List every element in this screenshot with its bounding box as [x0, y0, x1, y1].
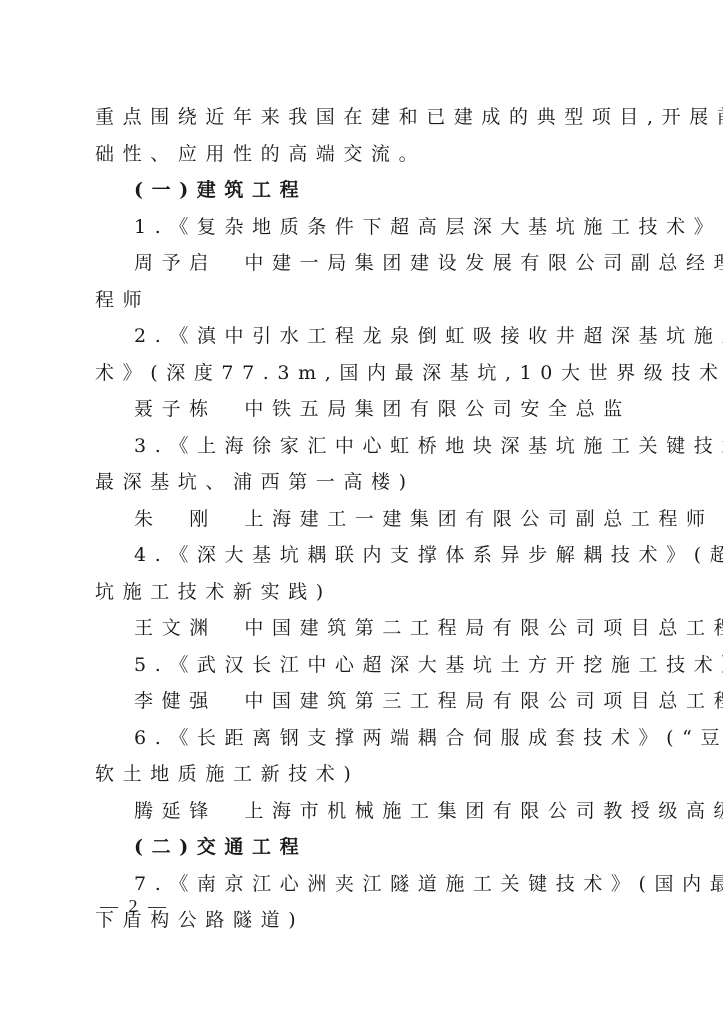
speaker-line-5: 李健强 中国建筑第三工程局有限公司项目总工程师 [95, 683, 631, 720]
item-title-2: 2.《滇中引水工程龙泉倒虹吸接收井超深基坑施工关键技 [95, 318, 631, 355]
item-title-7: 7.《南京江心洲夹江隧道施工关键技术》(国内最大直径水 [95, 866, 631, 903]
item-title-6-cont: 软土地质施工新技术) [95, 756, 631, 793]
speaker-line-2: 聂子栋 中铁五局集团有限公司安全总监 [95, 391, 631, 428]
document-page-body: 重点围绕近年来我国在建和已建成的典型项目,开展前瞻性、基 础性、应用性的高端交流… [95, 99, 631, 939]
item-title-2-cont: 术》(深度77.3m,国内最深基坑,10大世界级技术难题) [95, 355, 631, 392]
speaker-line-6: 腾延锋 上海市机械施工集团有限公司教授级高级工程师 [95, 793, 631, 830]
item-title-5: 5.《武汉长江中心超深大基坑土方开挖施工技术》 [95, 647, 631, 684]
item-title-1: 1.《复杂地质条件下超高层深大基坑施工技术》 [95, 209, 631, 246]
page-number: — 2 — [100, 896, 169, 917]
section-heading-transport: (二)交通工程 [95, 829, 631, 866]
item-title-3-cont: 最深基坑、浦西第一高楼) [95, 464, 631, 501]
speaker-line-1: 周予启 中建一局集团建设发展有限公司副总经理兼总工 [95, 245, 631, 282]
paragraph-line: 础性、应用性的高端交流。 [95, 136, 631, 173]
item-title-4: 4.《深大基坑耦联内支撑体系异步解耦技术》(超高层深基 [95, 537, 631, 574]
speaker-line-1-cont: 程师 [95, 282, 631, 319]
speaker-line-3: 朱 刚 上海建工一建集团有限公司副总工程师 [95, 501, 631, 538]
section-heading-building: (一)建筑工程 [95, 172, 631, 209]
item-title-7-cont: 下盾构公路隧道) [95, 902, 631, 939]
paragraph-line: 重点围绕近年来我国在建和已建成的典型项目,开展前瞻性、基 [95, 99, 631, 136]
item-title-3: 3.《上海徐家汇中心虹桥地块深基坑施工关键技术》(上海 [95, 428, 631, 465]
item-title-4-cont: 坑施工技术新实践) [95, 574, 631, 611]
item-title-6: 6.《长距离钢支撑两端耦合伺服成套技术》(“豆腐里打洞” [95, 720, 631, 757]
speaker-line-4: 王文渊 中国建筑第二工程局有限公司项目总工程师 [95, 610, 631, 647]
